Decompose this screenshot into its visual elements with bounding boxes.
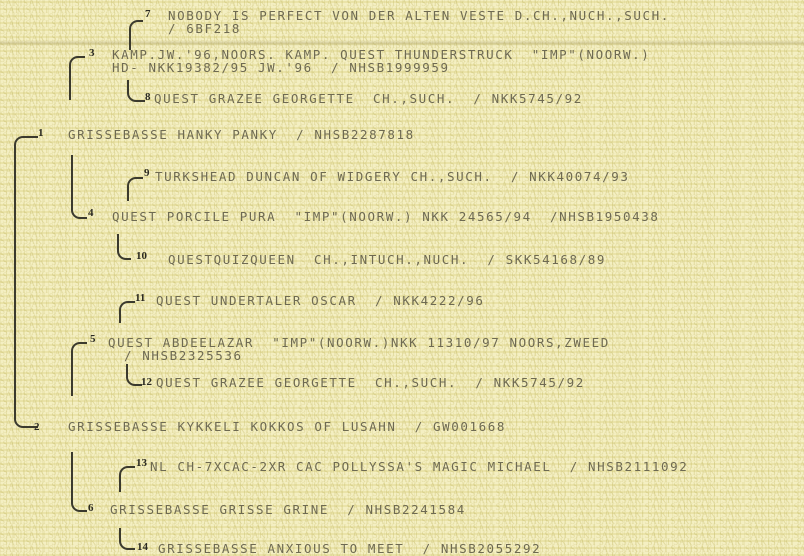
paper-fold <box>0 40 804 46</box>
bracket-3 <box>69 56 85 100</box>
entry-number-7: 7 <box>145 8 151 20</box>
entry-12-line-1: QUEST GRAZEE GEORGETTE CH.,SUCH. / NKK57… <box>156 376 585 390</box>
entry-number-6: 6 <box>88 502 94 514</box>
entry-7-line-2: / 6BF218 <box>168 22 241 36</box>
entry-number-14: 14 <box>137 541 148 553</box>
bracket-4 <box>71 155 87 219</box>
entry-14-line-1: GRISSEBASSE ANXIOUS TO MEET / NHSB205529… <box>158 542 541 556</box>
entry-number-9: 9 <box>144 167 150 179</box>
entry-2-line-1: GRISSEBASSE KYKKELI KOKKOS OF LUSAHN / G… <box>68 420 506 434</box>
entry-4-line-1: QUEST PORCILE PURA "IMP"(NOORW.) NKK 245… <box>112 210 660 224</box>
entry-11-line-1: QUEST UNDERTALER OSCAR / NKK4222/96 <box>156 294 485 308</box>
bracket-10 <box>117 234 131 260</box>
bracket-13 <box>119 466 135 492</box>
bracket-5 <box>71 342 87 396</box>
bracket-8 <box>127 80 145 102</box>
entry-number-11: 11 <box>135 292 145 304</box>
bracket-12 <box>126 364 142 386</box>
bracket-6 <box>71 452 87 512</box>
entry-number-10: 10 <box>136 250 147 262</box>
entry-number-3: 3 <box>89 47 95 59</box>
entry-10-line-1: QUESTQUIZQUEEN CH.,INTUCH.,NUCH. / SKK54… <box>168 253 606 267</box>
entry-5-line-2: / NHSB2325536 <box>124 349 243 363</box>
entry-6-line-1: GRISSEBASSE GRISSE GRINE / NHSB2241584 <box>110 503 466 517</box>
entry-13-line-1: NL CH-7XCAC-2XR CAC POLLYSSA'S MAGIC MIC… <box>150 460 688 474</box>
entry-number-4: 4 <box>88 207 94 219</box>
entry-1-line-1: GRISSEBASSE HANKY PANKY / NHSB2287818 <box>68 128 415 142</box>
entry-7-line-1: NOBODY IS PERFECT VON DER ALTEN VESTE D.… <box>168 9 670 23</box>
entry-number-5: 5 <box>90 333 96 345</box>
entry-number-13: 13 <box>136 457 147 469</box>
bracket-7 <box>129 20 143 50</box>
bracket-1 <box>14 136 38 288</box>
entry-number-2: 2 <box>34 421 40 433</box>
entry-3-line-2: HD- NKK19382/95 JW.'96 / NHSB1999959 <box>112 61 450 75</box>
entry-number-1: 1 <box>38 127 44 139</box>
bracket-2 <box>14 286 38 428</box>
entry-number-12: 12 <box>141 376 152 388</box>
entry-number-8: 8 <box>145 91 151 103</box>
entry-8-line-1: QUEST GRAZEE GEORGETTE CH.,SUCH. / NKK57… <box>154 92 583 106</box>
bracket-9 <box>127 177 143 201</box>
entry-9-line-1: TURKSHEAD DUNCAN OF WIDGERY CH.,SUCH. / … <box>155 170 630 184</box>
bracket-14 <box>119 528 135 550</box>
bracket-11 <box>119 301 135 323</box>
